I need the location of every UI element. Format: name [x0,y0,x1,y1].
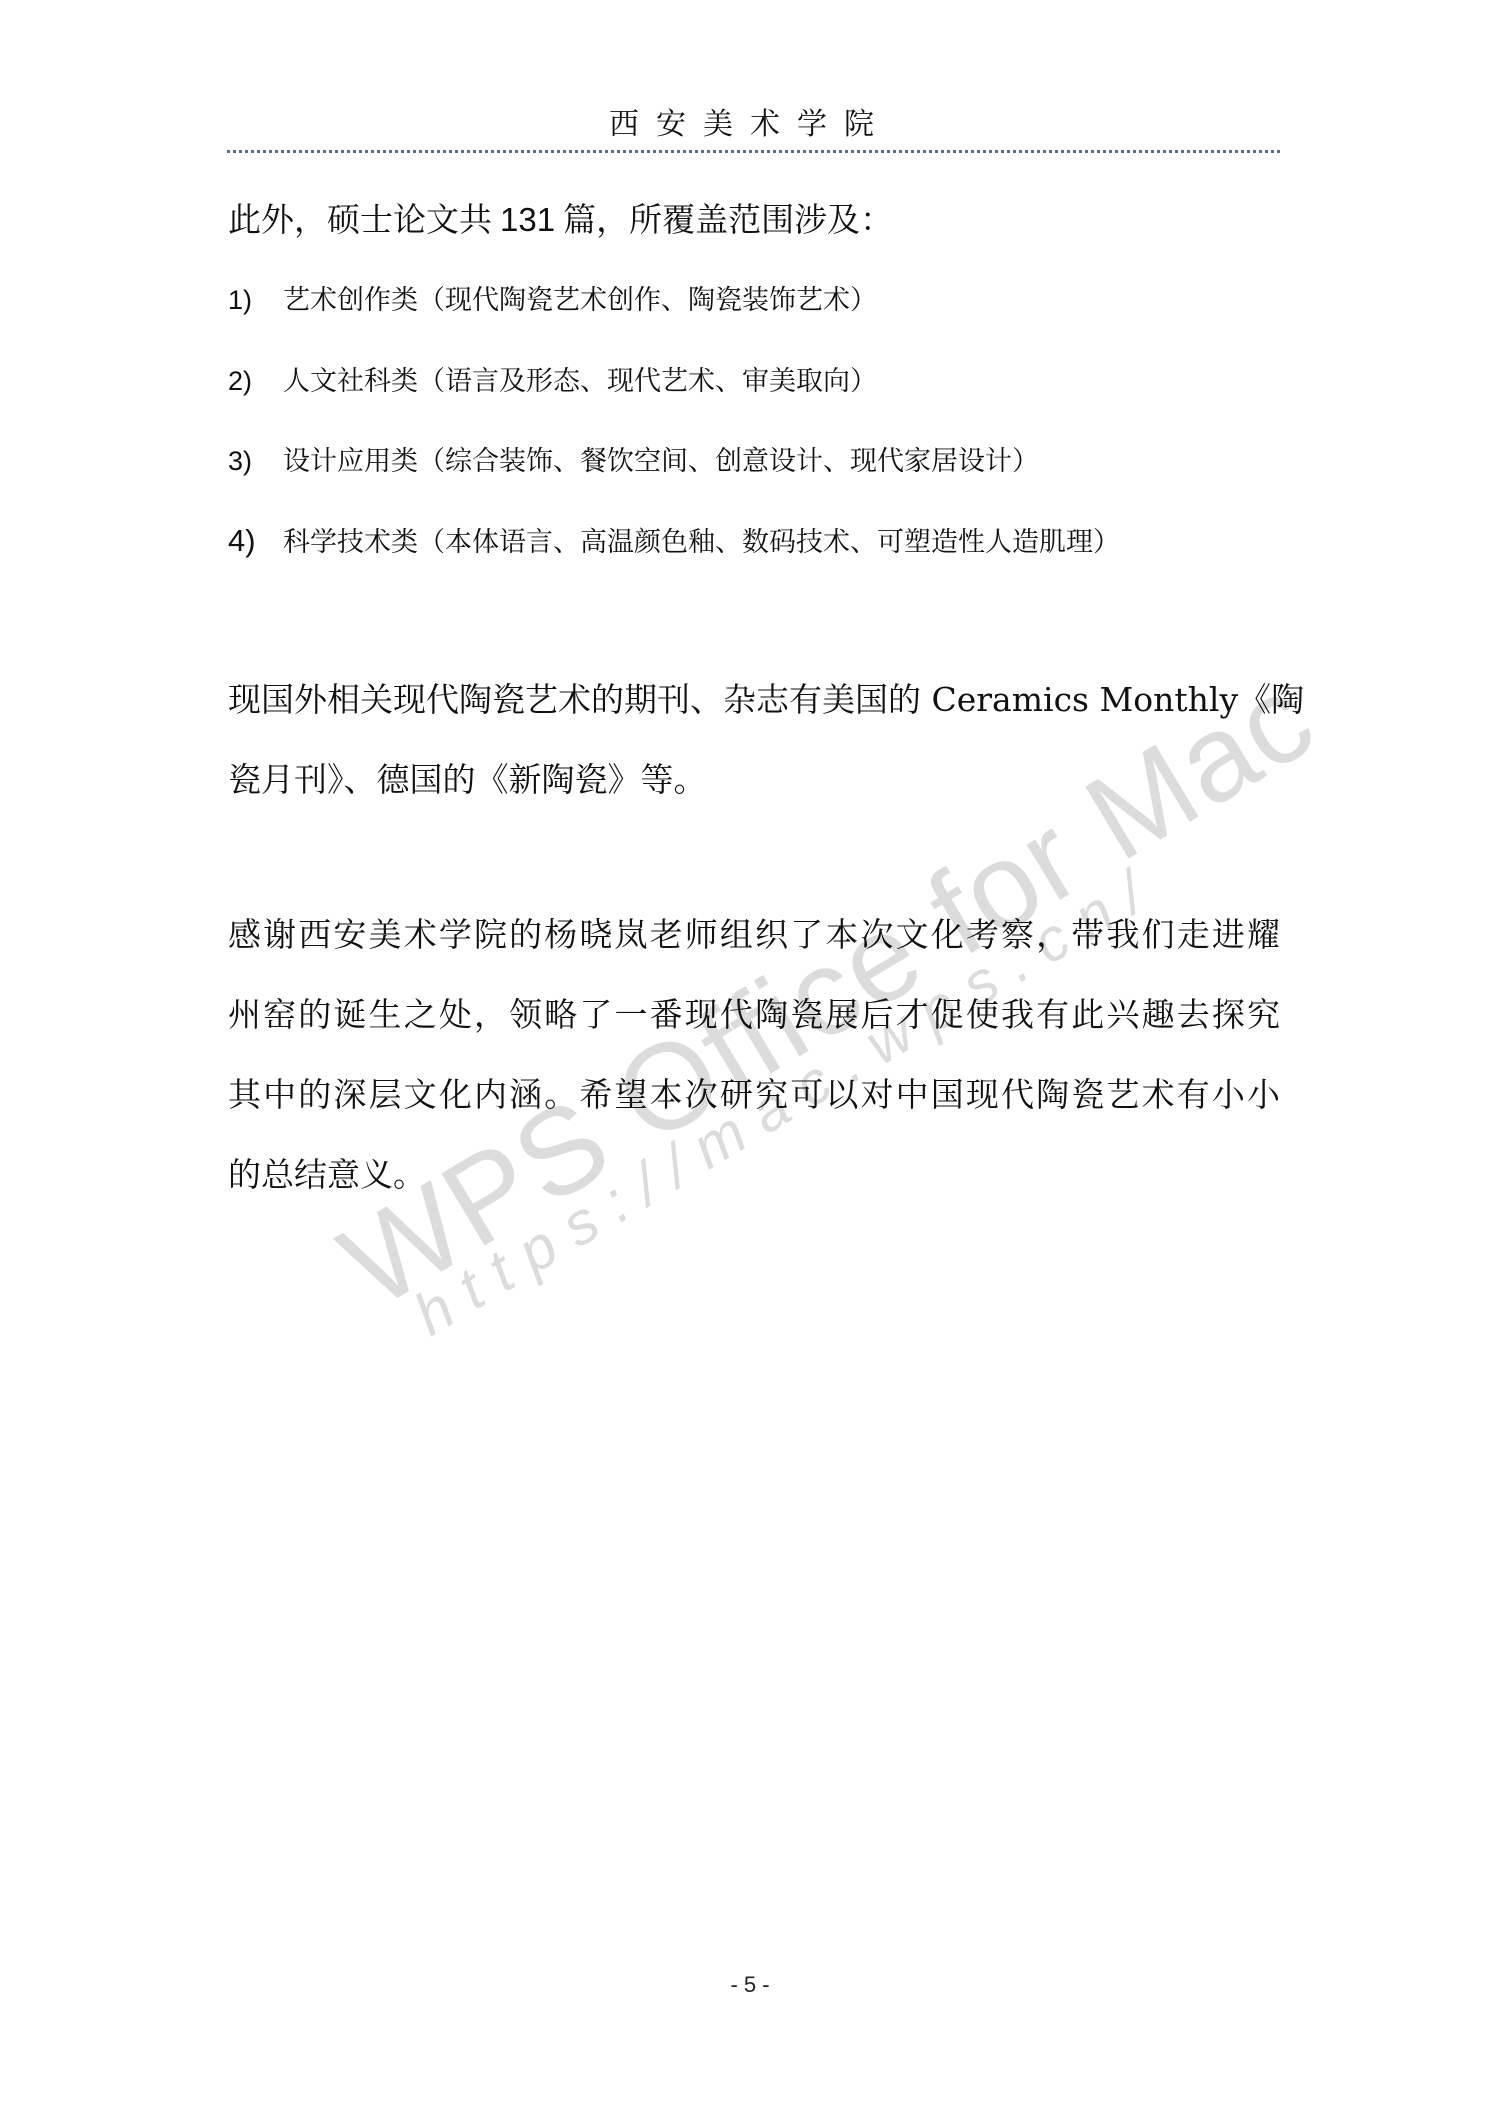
category-label: 设计应用类（综合装饰、餐饮空间、创意设计、现代家居设计） [283,446,1039,477]
intro-prefix: 此外，硕士论文共 [228,200,492,239]
category-item: 2)人文社科类（语言及形态、现代艺术、审美取向） [228,361,877,401]
document-page: WPS Office for Mac https://mac.wps.cn/ 西… [0,0,1500,2122]
category-item: 3)设计应用类（综合装饰、餐饮空间、创意设计、现代家居设计） [228,441,1039,481]
list-marker: 2) [228,361,283,401]
category-label: 艺术创作类（现代陶瓷艺术创作、陶瓷装饰艺术） [283,285,877,316]
list-marker: 4) [228,521,283,561]
list-marker: 1) [228,280,283,320]
page-number: - 5 - [0,1970,1500,2000]
list-marker: 3) [228,441,283,481]
category-label: 科学技术类（本体语言、高温颜色釉、数码技术、可塑造性人造肌理） [283,527,1120,558]
acknowledgement-paragraph: 感谢西安美术学院的杨晓岚老师组织了本次文化考察，带我们走进耀 州窑的诞生之处，领… [228,895,1280,1215]
paragraph-line: 的总结意义。 [228,1135,1280,1215]
category-item: 4)科学技术类（本体语言、高温颜色釉、数码技术、可塑造性人造肌理） [228,521,1120,561]
page-header-title: 西安美术学院 [0,108,1500,142]
paragraph-line: 感谢西安美术学院的杨晓岚老师组织了本次文化考察，带我们走进耀 [228,895,1280,975]
paragraph-line: 其中的深层文化内涵。希望本次研究可以对中国现代陶瓷艺术有小小 [228,1055,1280,1135]
paragraph-line: 瓷月刊》、德国的《新陶瓷》等。 [228,740,1280,820]
intro-suffix: 篇，所覆盖范围涉及： [563,200,893,239]
paragraph-line: 现国外相关现代陶瓷艺术的期刊、杂志有美国的 Ceramics Monthly《陶 [228,660,1280,740]
intro-sentence: 此外，硕士论文共131篇，所覆盖范围涉及： [228,198,893,242]
journals-paragraph: 现国外相关现代陶瓷艺术的期刊、杂志有美国的 Ceramics Monthly《陶… [228,660,1280,820]
header-divider [227,150,1280,153]
category-item: 1)艺术创作类（现代陶瓷艺术创作、陶瓷装饰艺术） [228,280,877,320]
paragraph-line: 州窑的诞生之处，领略了一番现代陶瓷展后才促使我有此兴趣去探究 [228,975,1280,1055]
category-label: 人文社科类（语言及形态、现代艺术、审美取向） [283,366,877,397]
thesis-count: 131 [500,201,555,238]
